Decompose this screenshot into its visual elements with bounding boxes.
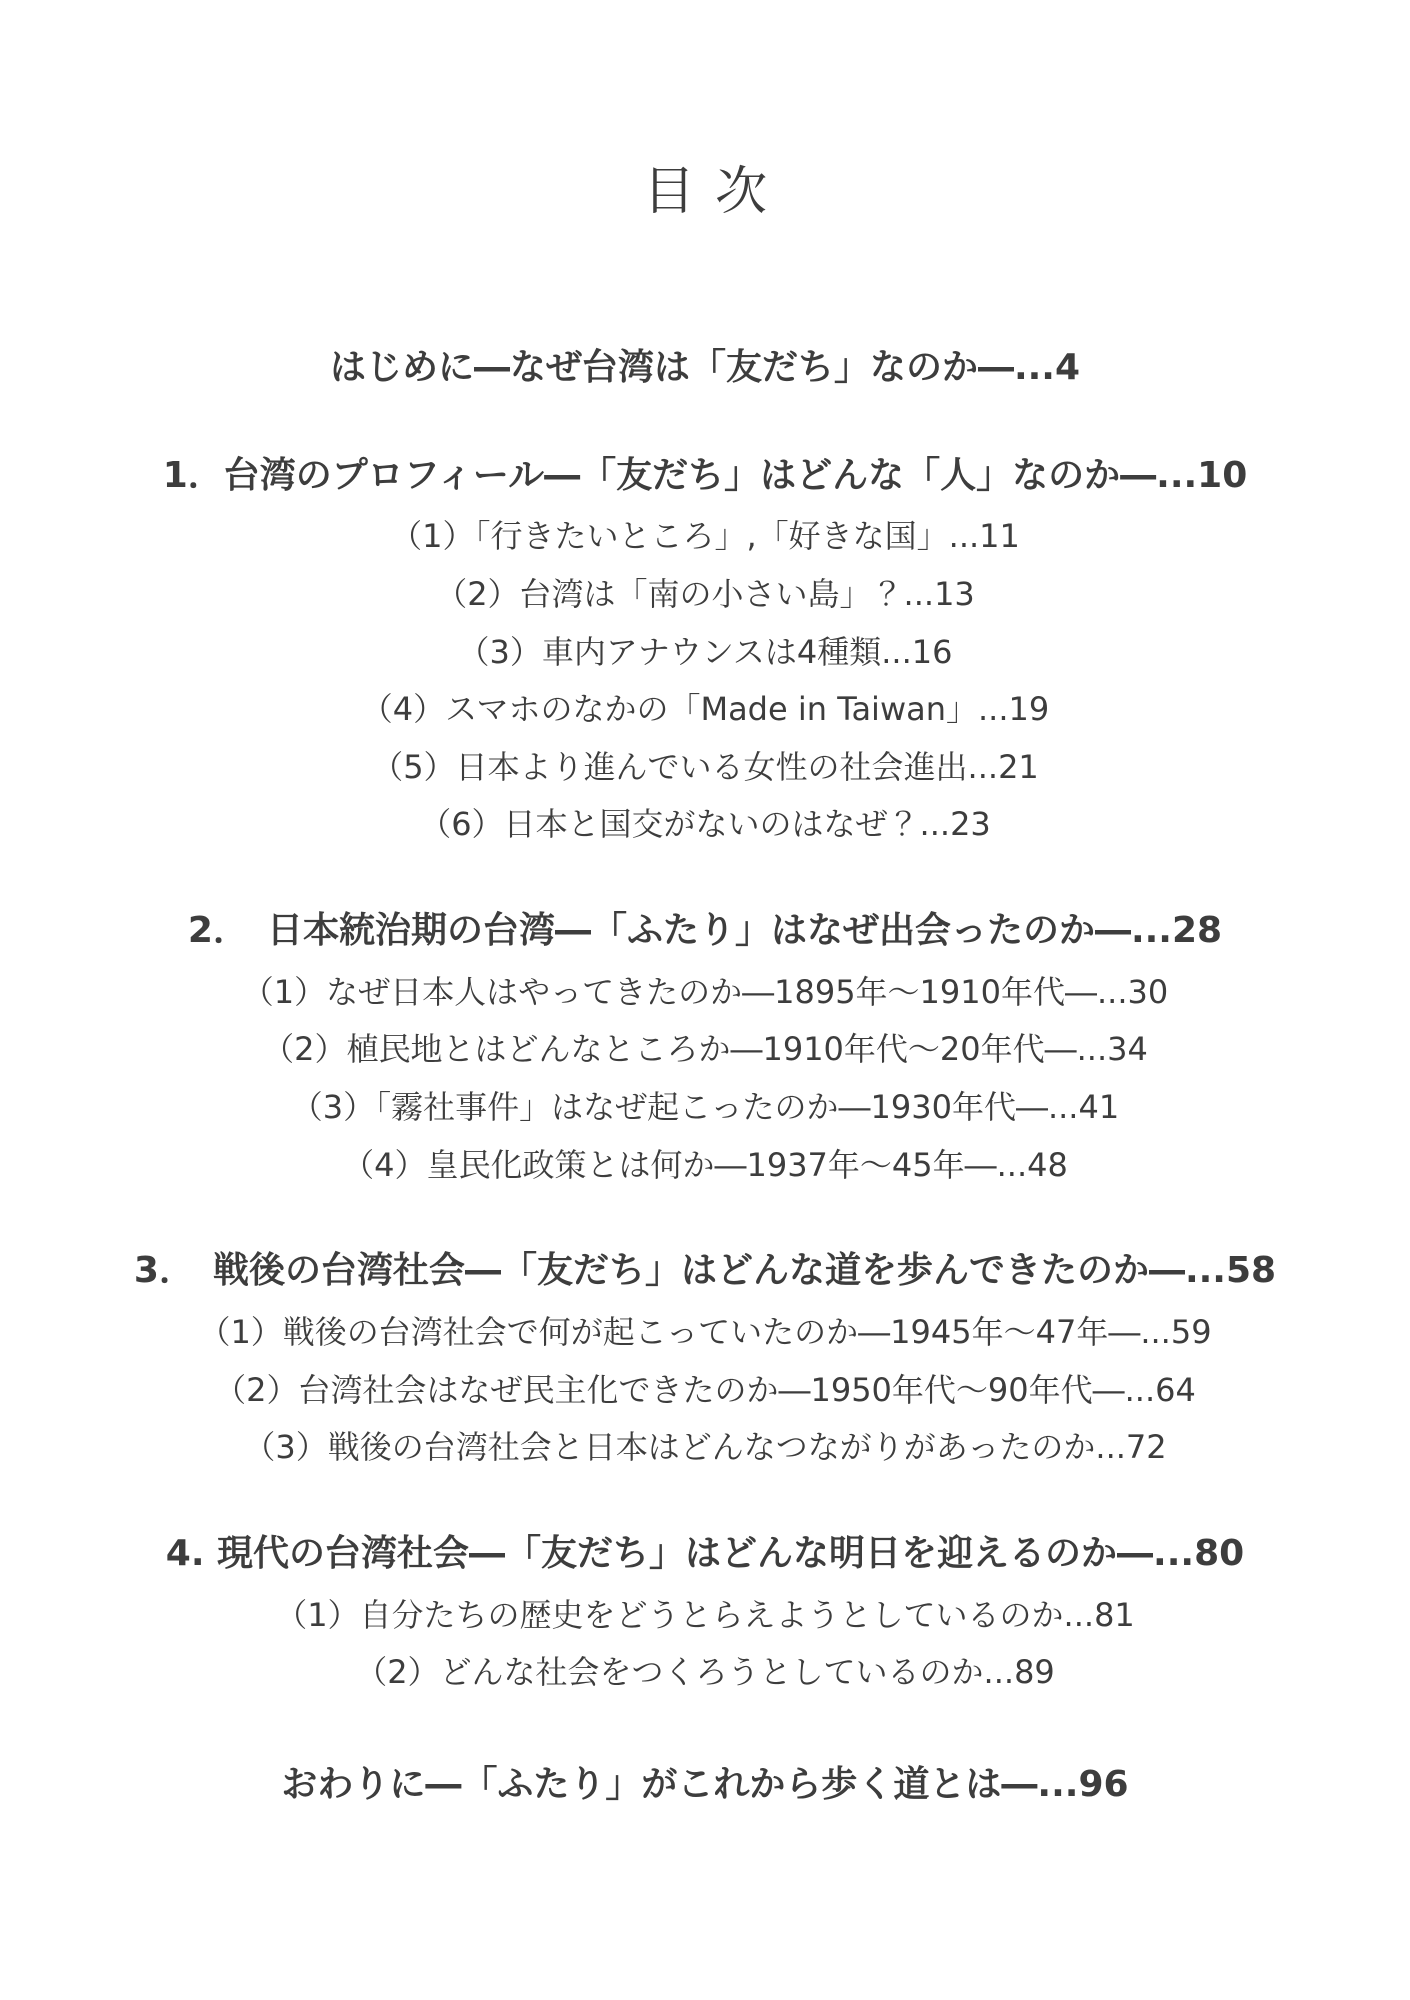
- toc-section-4: 4. 現代の台湾社会―「友だち」はどんな明日を迎えるのか―...80 （1）自分…: [0, 1535, 1410, 1690]
- toc-item: （3）「霧社事件」はなぜ起こったのか―1930年代―...41: [0, 1091, 1410, 1125]
- toc-item: （6）日本と国交がないのはなぜ？...23: [0, 808, 1410, 842]
- toc-item: （4）スマホのなかの「Made in Taiwan」...19: [0, 693, 1410, 727]
- toc-section-1: 1．台湾のプロフィール―「友だち」はどんな「人」なのか―...10 （1）「行き…: [0, 457, 1410, 842]
- toc-item: （2）植民地とはどんなところか―1910年代〜20年代―...34: [0, 1033, 1410, 1067]
- toc-section-3: 3． 戦後の台湾社会―「友だち」はどんな道を歩んできたのか―...58 （1）戦…: [0, 1252, 1410, 1465]
- toc-item: （5）日本より進んでいる女性の社会進出...21: [0, 751, 1410, 785]
- section-4-title: 4. 現代の台湾社会―「友だち」はどんな明日を迎えるのか―...80: [0, 1535, 1410, 1573]
- toc-item: （3）戦後の台湾社会と日本はどんなつながりがあったのか...72: [0, 1431, 1410, 1465]
- toc-item: （1）「行きたいところ」,「好きな国」...11: [0, 520, 1410, 554]
- toc-item: （4）皇民化政策とは何か―1937年〜45年―...48: [0, 1149, 1410, 1183]
- toc-item: （2）どんな社会をつくろうとしているのか...89: [0, 1656, 1410, 1690]
- section-3-title: 3． 戦後の台湾社会―「友だち」はどんな道を歩んできたのか―...58: [0, 1252, 1410, 1290]
- toc-entry-preface: はじめに―なぜ台湾は「友だち」なのか―...4: [0, 349, 1410, 387]
- section-2-title: 2． 日本統治期の台湾―「ふたり」はなぜ出会ったのか―...28: [0, 912, 1410, 950]
- toc-section-2: 2． 日本統治期の台湾―「ふたり」はなぜ出会ったのか―...28 （1）なぜ日本…: [0, 912, 1410, 1182]
- toc-item: （2）台湾社会はなぜ民主化できたのか―1950年代〜90年代―...64: [0, 1374, 1410, 1408]
- page-title: 目次: [0, 163, 1410, 223]
- toc-item: （2）台湾は「南の小さい島」？...13: [0, 578, 1410, 612]
- toc-entry-afterword: おわりに―「ふたり」がこれから歩く道とは―...96: [0, 1766, 1410, 1804]
- toc-item: （1）自分たちの歴史をどうとらえようとしているのか...81: [0, 1599, 1410, 1633]
- toc-item: （1）なぜ日本人はやってきたのか―1895年〜1910年代―...30: [0, 976, 1410, 1010]
- toc-item: （1）戦後の台湾社会で何が起こっていたのか―1945年〜47年―...59: [0, 1316, 1410, 1350]
- toc-item: （3）車内アナウンスは4種類...16: [0, 636, 1410, 670]
- section-1-title: 1．台湾のプロフィール―「友だち」はどんな「人」なのか―...10: [0, 457, 1410, 495]
- toc-page: 目次 はじめに―なぜ台湾は「友だち」なのか―...4 1．台湾のプロフィール―「…: [0, 0, 1410, 2000]
